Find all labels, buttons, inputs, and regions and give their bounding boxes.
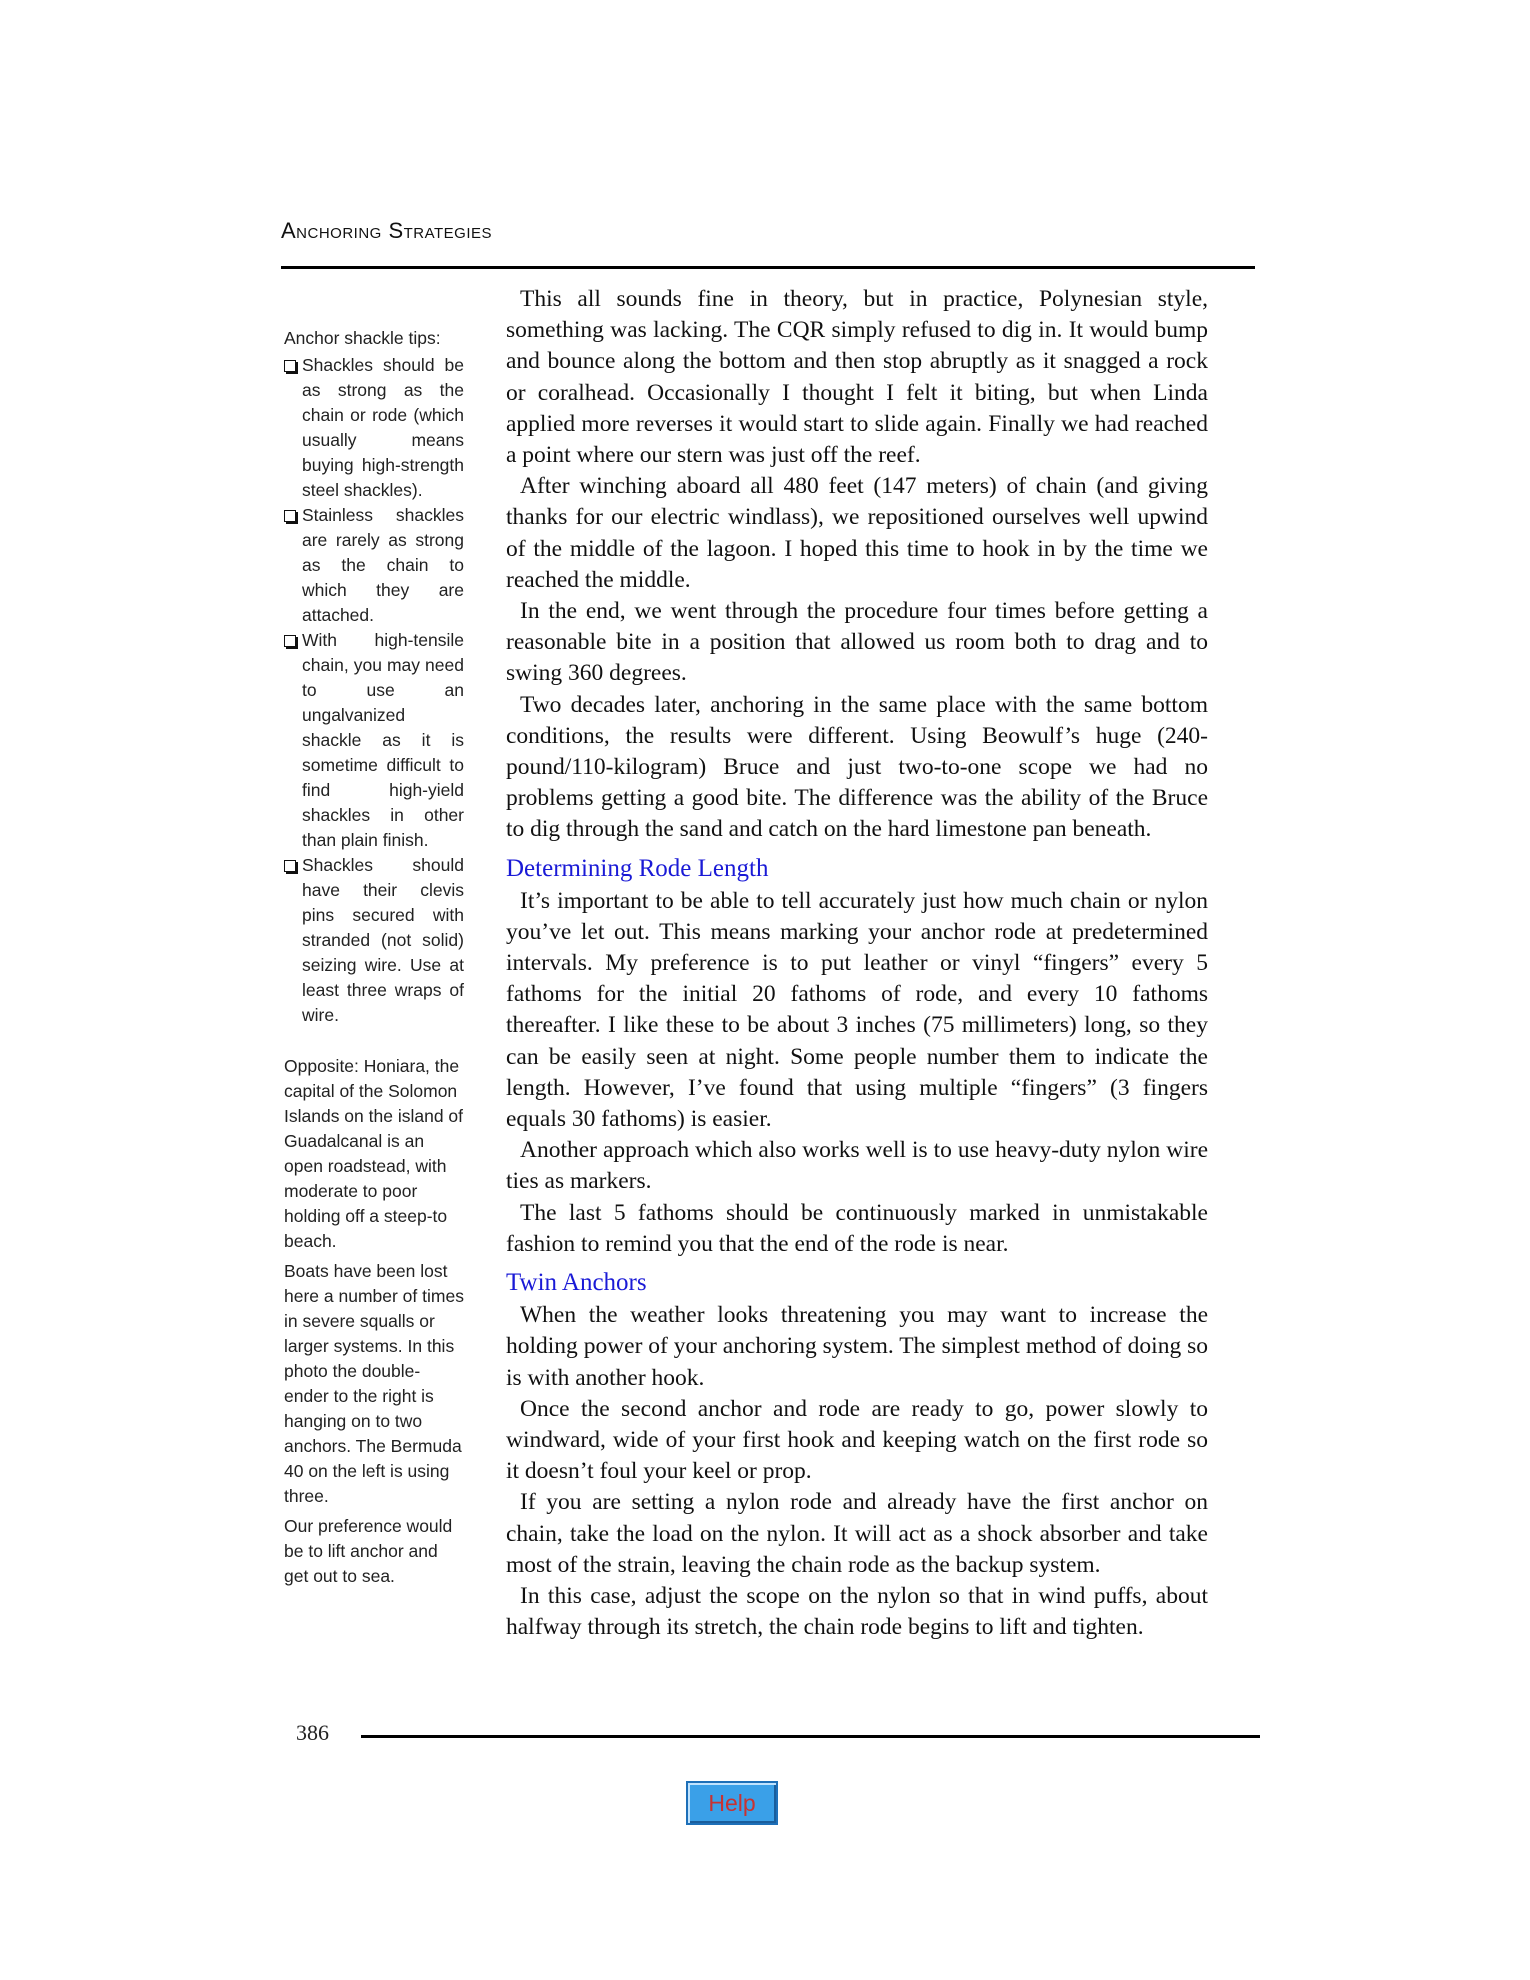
body-paragraph: When the weather looks threatening you m… (506, 1300, 1208, 1394)
caption-paragraph: Opposite: Honiara, the capital of the So… (284, 1054, 464, 1254)
body-paragraph: Two decades later, anchoring in the same… (506, 690, 1208, 846)
running-head-title: Anchoring Strategies (281, 218, 492, 244)
checkbox-bullet-icon (284, 510, 296, 522)
section-heading-rode-length: Determining Rode Length (506, 854, 1208, 884)
body-paragraph: If you are setting a nylon rode and alre… (506, 1487, 1208, 1581)
help-button[interactable]: Help (686, 1781, 778, 1825)
body-paragraph: Another approach which also works well i… (506, 1135, 1208, 1197)
tip-item: Shackles should have their clevis pins s… (284, 853, 464, 1028)
caption-paragraph: Boats have been lost here a number of ti… (284, 1259, 464, 1509)
tip-item: Shackles should be as strong as the chai… (284, 353, 464, 503)
tips-list: Shackles should be as strong as the chai… (284, 353, 464, 1028)
body-paragraph: The last 5 fathoms should be continuousl… (506, 1198, 1208, 1260)
sidebar-notes: Anchor shackle tips: Shackles should be … (284, 326, 464, 1594)
body-paragraph: In the end, we went through the procedur… (506, 596, 1208, 690)
section-heading-twin-anchors: Twin Anchors (506, 1268, 1208, 1298)
header-rule (281, 266, 1255, 269)
checkbox-bullet-icon (284, 860, 296, 872)
body-paragraph: Once the second anchor and rode are read… (506, 1394, 1208, 1488)
footer-rule (361, 1735, 1260, 1738)
photo-caption: Opposite: Honiara, the capital of the So… (284, 1054, 464, 1589)
tip-item: Stainless shackles are rarely as strong … (284, 503, 464, 628)
page-number: 386 (296, 1720, 329, 1746)
body-paragraph: It’s important to be able to tell accura… (506, 886, 1208, 1136)
body-paragraph: In this case, adjust the scope on the ny… (506, 1581, 1208, 1643)
caption-paragraph: Our preference would be to lift anchor a… (284, 1514, 464, 1589)
body-paragraph: After winching aboard all 480 feet (147 … (506, 471, 1208, 596)
main-text-column: This all sounds fine in theory, but in p… (506, 284, 1208, 1643)
tips-title: Anchor shackle tips: (284, 326, 464, 351)
tip-item: With high-tensile chain, you may need to… (284, 628, 464, 853)
checkbox-bullet-icon (284, 360, 296, 372)
checkbox-bullet-icon (284, 635, 296, 647)
body-paragraph: This all sounds fine in theory, but in p… (506, 284, 1208, 471)
